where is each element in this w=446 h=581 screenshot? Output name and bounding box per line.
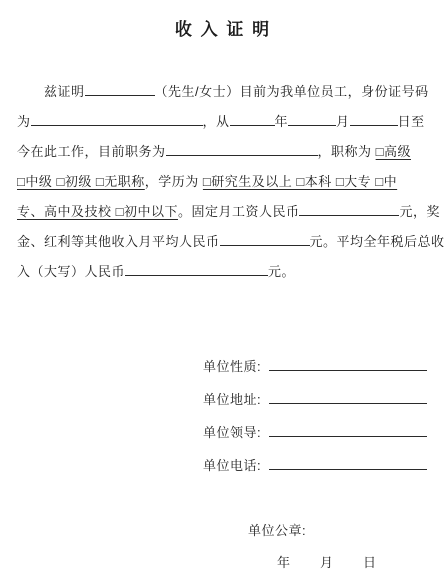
field-label: 单位地址: (203, 392, 261, 407)
blank-field[interactable] (230, 112, 275, 126)
field-blank[interactable] (269, 357, 427, 371)
field-row: 单位地址: (203, 383, 427, 416)
date-line: 年月日 (277, 548, 376, 578)
blank-field[interactable] (350, 112, 398, 126)
blank-field[interactable] (31, 112, 203, 126)
date-part: 月 (320, 548, 333, 578)
checkbox-option-group[interactable]: □高级 (376, 144, 411, 159)
body-line: □中级 □初级 □无职称，学历为 □研究生及以上 □本科 □大专 □中 (17, 167, 431, 197)
field-label: 单位性质: (203, 359, 261, 374)
document-title: 收 入 证 明 (0, 15, 446, 40)
blank-field[interactable] (125, 262, 268, 276)
checkbox-option-group[interactable]: □研究生及以上 □本科 □大专 □中 (203, 174, 397, 189)
document-body: 兹证明（先生/女士）目前为我单位员工，身份证号码为，从年月日至今在此工作，目前职… (17, 77, 431, 287)
field-label: 单位领导: (203, 425, 261, 440)
checkbox-option-group[interactable]: □中级 □初级 □无职称 (17, 174, 145, 189)
text-run: 月 (336, 114, 350, 129)
text-run: 入（大写）人民币 (17, 264, 125, 279)
field-row: 单位电话: (203, 449, 427, 482)
field-row: 单位领导: (203, 416, 427, 449)
text-run: 金、红利等其他收入月平均人民币 (17, 234, 220, 249)
text-run: 今在此工作，目前职务为 (17, 144, 166, 159)
field-row: 单位性质: (203, 350, 427, 383)
blank-field[interactable] (220, 232, 310, 246)
blank-field[interactable] (166, 142, 318, 156)
text-run: 年 (275, 114, 289, 129)
text-run: ，学历为 (145, 174, 203, 189)
body-line: 入（大写）人民币元。 (17, 257, 431, 287)
date-part: 年 (277, 548, 290, 578)
body-line: 今在此工作，目前职务为，职称为 □高级 (17, 137, 431, 167)
field-blank[interactable] (269, 456, 427, 470)
text-run: ，职称为 (318, 144, 376, 159)
unit-fields-section: 单位性质:单位地址:单位领导:单位电话: (203, 350, 427, 482)
indent-spacer (17, 95, 44, 96)
date-part: 日 (363, 548, 376, 578)
body-line: 专、高中及技校 □初中以下。固定月工资人民币元，奖 (17, 197, 431, 227)
text-run: 日至 (398, 114, 425, 129)
checkbox-option-group[interactable]: 专、高中及技校 □初中以下 (17, 204, 178, 219)
blank-field[interactable] (85, 82, 155, 96)
text-run: ，从 (203, 114, 230, 129)
text-run: 元，奖 (399, 204, 440, 219)
field-label: 单位电话: (203, 458, 261, 473)
text-run: 元。平均全年税后总收 (310, 234, 445, 249)
field-blank[interactable] (269, 423, 427, 437)
field-blank[interactable] (269, 390, 427, 404)
text-run: （先生/女士）目前为我单位员工，身份证号码 (155, 84, 429, 99)
blank-field[interactable] (288, 112, 336, 126)
text-run: 。固定月工资人民币 (178, 204, 300, 219)
text-run: 为 (17, 114, 31, 129)
income-certificate-document: 收 入 证 明 兹证明（先生/女士）目前为我单位员工，身份证号码为，从年月日至今… (0, 0, 446, 581)
unit-seal-label: 单位公章: (248, 516, 306, 546)
text-run: 元。 (268, 264, 295, 279)
blank-field[interactable] (299, 202, 399, 216)
body-line: 金、红利等其他收入月平均人民币元。平均全年税后总收 (17, 227, 431, 257)
body-line: 为，从年月日至 (17, 107, 431, 137)
text-run: 兹证明 (44, 84, 85, 99)
body-line: 兹证明（先生/女士）目前为我单位员工，身份证号码 (17, 77, 431, 107)
